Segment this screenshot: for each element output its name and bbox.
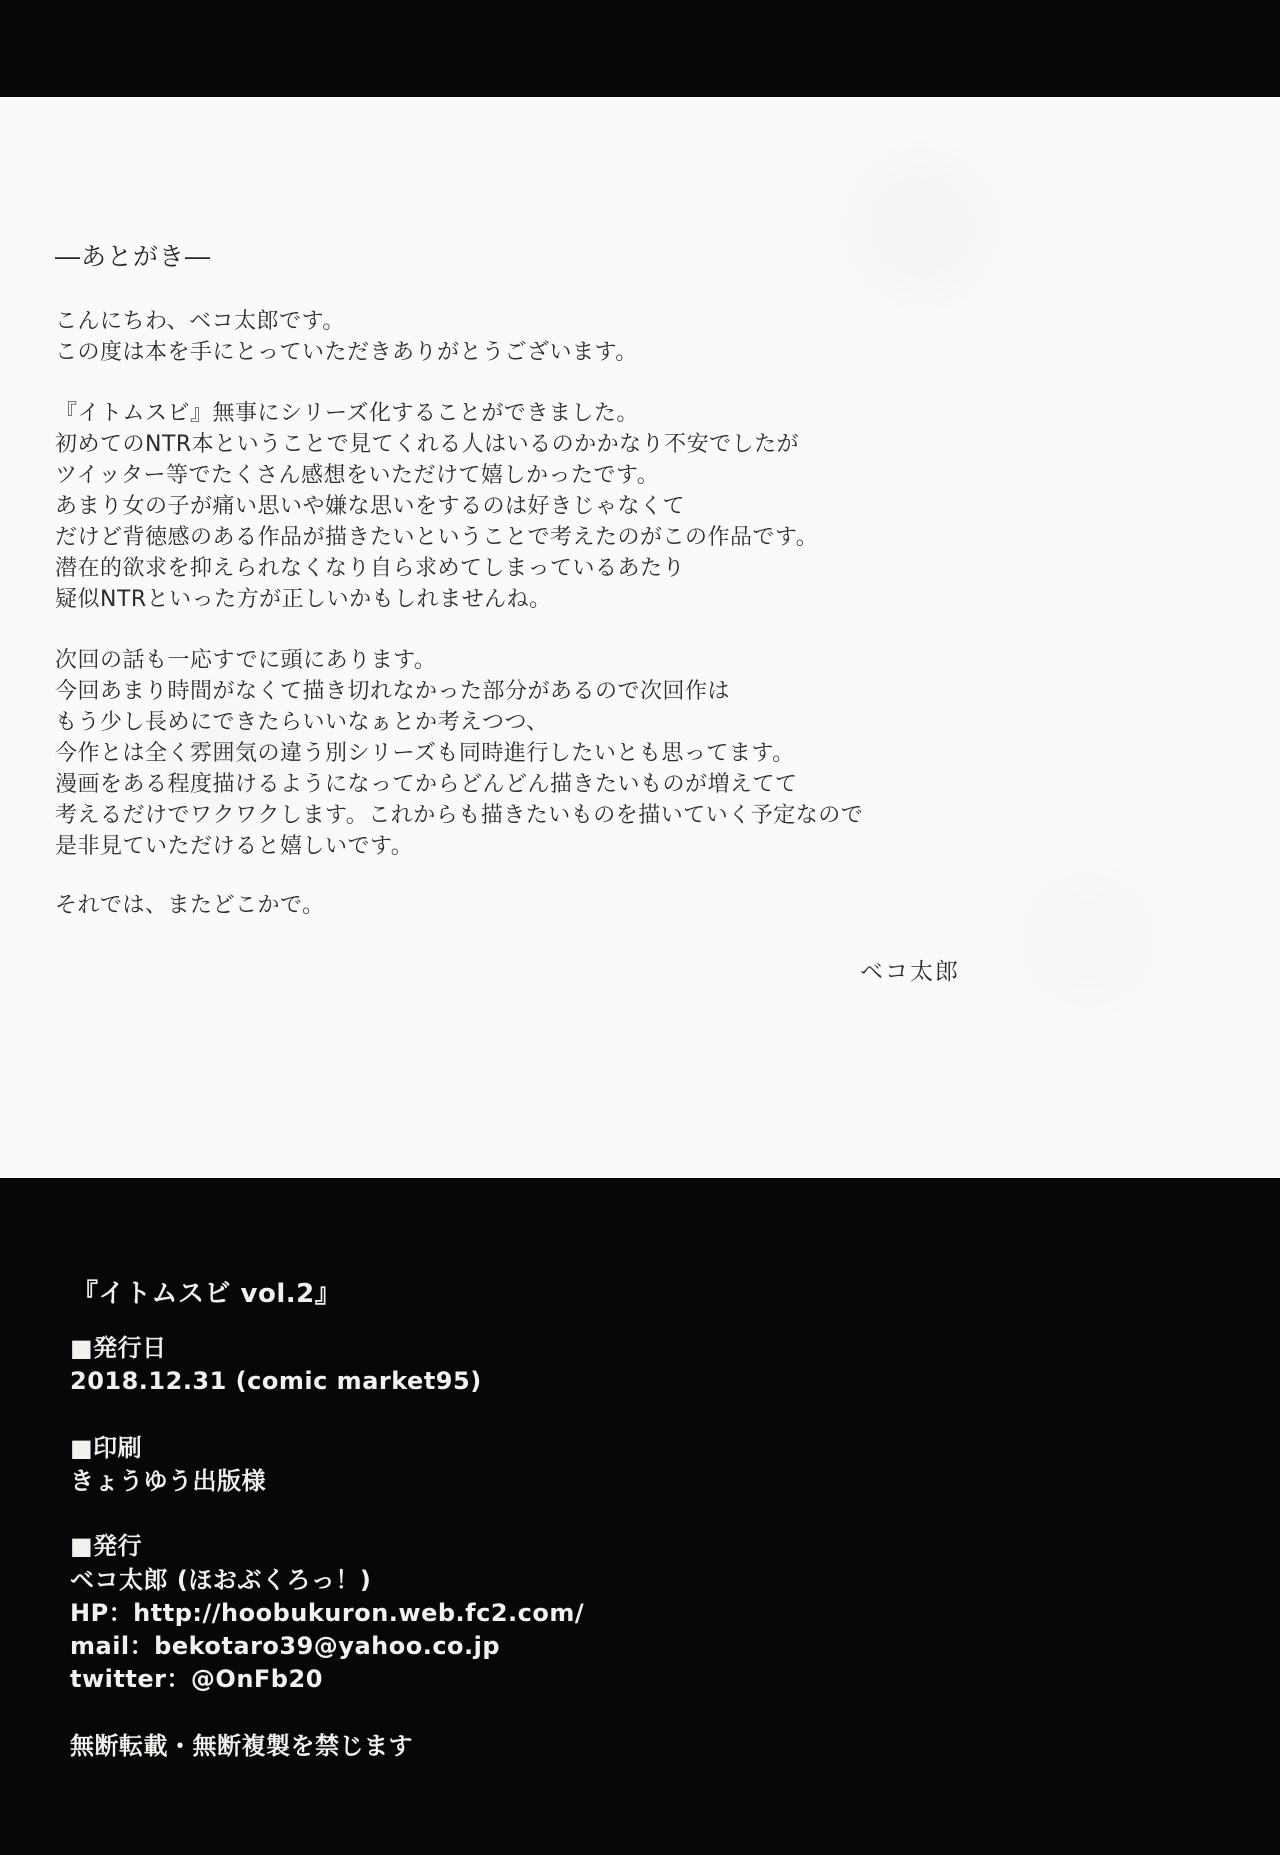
publisher-homepage: HP：http://hoobukuron.web.fc2.com/ <box>70 1597 584 1630</box>
afterword-line: 潜在的欲求を抑えられなくなり自ら求めてしまっているあたり <box>55 553 818 584</box>
afterword-line: 『イトムスビ』無事にシリーズ化することができました。 <box>55 398 818 429</box>
afterword-line: もう少し長めにできたらいいなぁとか考えつつ、 <box>55 707 863 738</box>
afterword-line: 是非見ていただけると嬉しいです。 <box>55 831 863 862</box>
afterword-line: こんにちわ、ベコ太郎です。 <box>55 306 638 337</box>
publication-date-heading: ■発行日 <box>70 1332 167 1365</box>
afterword-line: この度は本を手にとっていただきありがとうございます。 <box>55 337 638 368</box>
afterword-page: ―あとがき― こんにちわ、ベコ太郎です。 この度は本を手にとっていただきありがと… <box>0 97 1280 1178</box>
publisher-mail: mail：bekotaro39@yahoo.co.jp <box>70 1630 584 1663</box>
afterword-title: ―あとがき― <box>55 241 211 273</box>
publisher-heading: ■発行 <box>70 1530 142 1563</box>
afterword-line: 考えるだけでワクワクします。これからも描きたいものを描いていく予定なので <box>55 800 863 831</box>
scanned-page: ―あとがき― こんにちわ、ベコ太郎です。 この度は本を手にとっていただきありがと… <box>0 0 1280 1855</box>
publisher-details: ベコ太郎 (ほおぶくろっ！) HP：http://hoobukuron.web.… <box>70 1564 584 1696</box>
afterword-line: 初めてのNTR本ということで見てくれる人はいるのかかなり不安でしたが <box>55 429 818 460</box>
afterword-paragraph-next-work: 次回の話も一応すでに頭にあります。 今回あまり時間がなくて描き切れなかった部分が… <box>55 645 863 862</box>
publisher-name: ベコ太郎 (ほおぶくろっ！) <box>70 1564 584 1597</box>
colophon-section: 『イトムスビ vol.2』 ■発行日 2018.12.31 (comic mar… <box>0 1178 1280 1855</box>
afterword-line: 今作とは全く雰囲気の違う別シリーズも同時進行したいとも思ってます。 <box>55 738 863 769</box>
copyright-notice: 無断転載・無断複製を禁じます <box>70 1730 413 1763</box>
afterword-paragraph-farewell: それでは、またどこかで。 <box>55 890 325 921</box>
afterword-line: 次回の話も一応すでに頭にあります。 <box>55 645 863 676</box>
colophon-book-title: 『イトムスビ vol.2』 <box>72 1278 341 1311</box>
publication-date-value: 2018.12.31 (comic market95) <box>70 1365 482 1398</box>
top-black-band <box>0 0 1280 97</box>
afterword-line: 疑似NTRといった方が正しいかもしれませんね。 <box>55 584 818 615</box>
afterword-line: ツイッター等でたくさん感想をいただけて嬉しかったです。 <box>55 460 818 491</box>
afterword-paragraph-series: 『イトムスビ』無事にシリーズ化することができました。 初めてのNTR本ということ… <box>55 398 818 615</box>
afterword-line: だけど背徳感のある作品が描きたいということで考えたのがこの作品です。 <box>55 522 818 553</box>
printer-heading: ■印刷 <box>70 1432 142 1465</box>
afterword-paragraph-greeting: こんにちわ、ベコ太郎です。 この度は本を手にとっていただきありがとうございます。 <box>55 306 638 368</box>
afterword-line: それでは、またどこかで。 <box>55 890 325 921</box>
afterword-line: 漫画をある程度描けるようになってからどんどん描きたいものが増えてて <box>55 769 863 800</box>
publisher-twitter: twitter：@OnFb20 <box>70 1663 584 1696</box>
afterword-line: あまり女の子が痛い思いや嫌な思いをするのは好きじゃなくて <box>55 491 818 522</box>
author-signature: ベコ太郎 <box>860 953 960 986</box>
afterword-line: 今回あまり時間がなくて描き切れなかった部分があるので次回作は <box>55 676 863 707</box>
printer-value: きょうゆう出版様 <box>70 1465 266 1498</box>
